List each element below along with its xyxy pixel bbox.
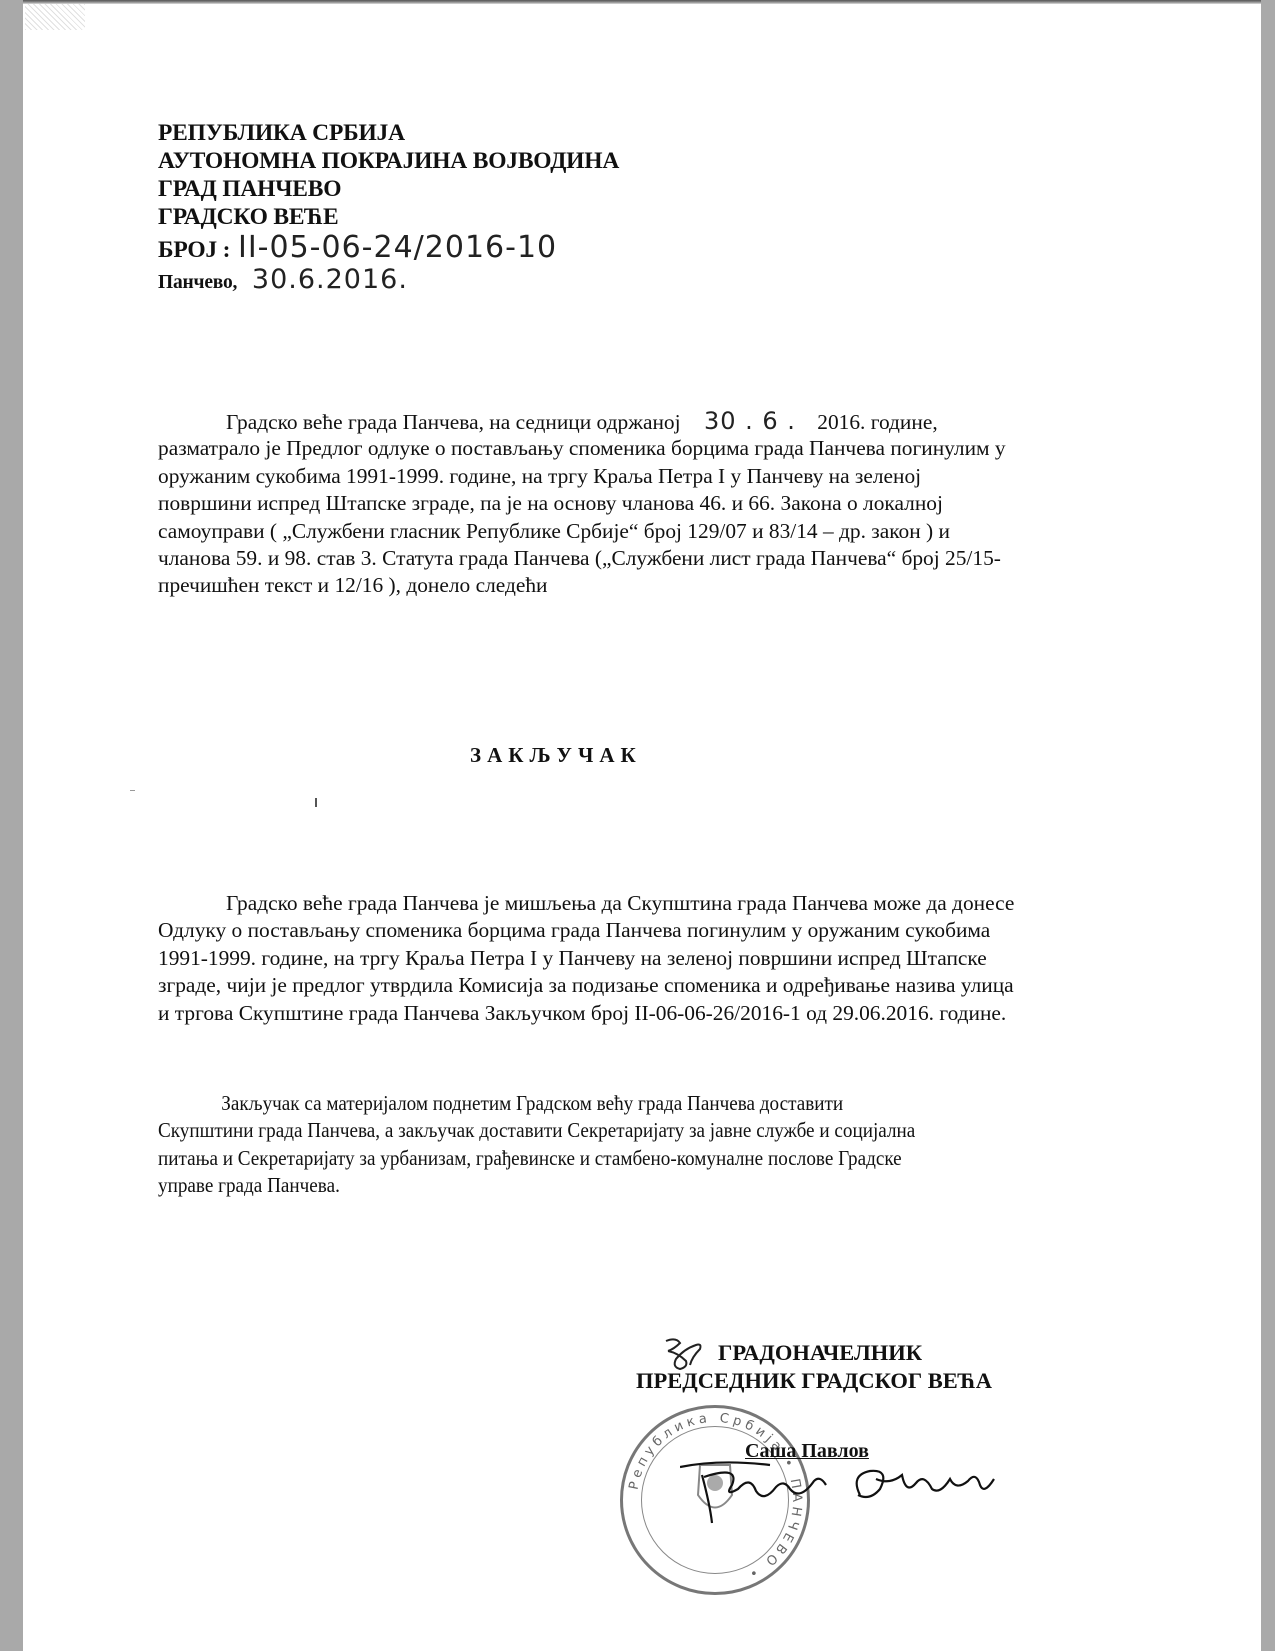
preamble-line: пречишћен текст и 12/16 ), донело следећ… (158, 572, 1158, 599)
scan-top-edge (23, 0, 1261, 4)
header-number: БРОЈ : II-05-06-24/2016-10 (158, 234, 557, 264)
preamble-line: разматрало је Предлог одлуке о постављањ… (158, 435, 1158, 462)
scan-noise (25, 4, 85, 30)
header-republic: РЕПУБЛИКА СРБИЈА (158, 120, 405, 147)
conclusion-line: зграде, чији је предлог утврдила Комисиј… (158, 972, 1158, 999)
number-label: БРОЈ : (158, 237, 230, 263)
delivery-line: Закључак са материјалом поднетим Градско… (158, 1091, 1162, 1118)
number-handwritten: II-05-06-24/2016-10 (238, 230, 557, 265)
header-province: АУТОНОМНА ПОКРАЈИНА ВОЈВОДИНА (158, 148, 619, 175)
conclusion-paragraph: Градско веће града Панчева је мишљења да… (158, 890, 1158, 1027)
scan-mark (315, 798, 317, 807)
preamble-line: оружаним сукобима 1991-1999. године, на … (158, 463, 1158, 490)
delivery-line: питања и Секретаријату за урбанизам, гра… (158, 1146, 1162, 1173)
signature-title-president: ПРЕДСЕДНИК ГРАДСКОГ ВЕЋА (636, 1368, 992, 1394)
signature-title-mayor: ГРАДОНАЧЕЛНИК (718, 1340, 922, 1366)
document-title: ЗАКЉУЧАК (470, 743, 642, 768)
conclusion-line: и тргова Скупштине града Панчева Закључк… (158, 1000, 1158, 1027)
preamble-line: чланова 59. и 98. став 3. Статута града … (158, 545, 1158, 572)
header-city: ГРАД ПАНЧЕВО (158, 176, 341, 203)
scan-mark (130, 790, 135, 791)
header-council: ГРАДСКО ВЕЋЕ (158, 204, 338, 231)
conclusion-line: 1991-1999. године, на тргу Краља Петра I… (158, 945, 1158, 972)
delivery-paragraph: Закључак са материјалом поднетим Градско… (158, 1091, 1162, 1201)
preamble-line: самоуправи ( „Службени гласник Републике… (158, 518, 1158, 545)
preamble-line: површини испред Штапске зграде, па је на… (158, 490, 1158, 517)
session-date-handwritten: 30 . 6 . (704, 407, 796, 435)
conclusion-line: Одлуку о постављању споменика борцима гр… (158, 917, 1158, 944)
delivery-line: управе града Панчева. (158, 1173, 1162, 1200)
handwritten-signature-icon (680, 1455, 1000, 1530)
place-label: Панчево, (158, 272, 237, 293)
date-handwritten: 30.6.2016. (252, 264, 408, 295)
conclusion-line: Градско веће града Панчева је мишљења да… (158, 890, 1158, 917)
delivery-line: Скупштини града Панчева, а закључак дост… (158, 1118, 1162, 1145)
preamble-line: Градско веће града Панчева, на седници о… (158, 408, 1158, 435)
header-place-date: Панчево, 30.6.2016. (158, 266, 408, 296)
preamble-paragraph: Градско веће града Панчева, на седници о… (158, 408, 1158, 600)
